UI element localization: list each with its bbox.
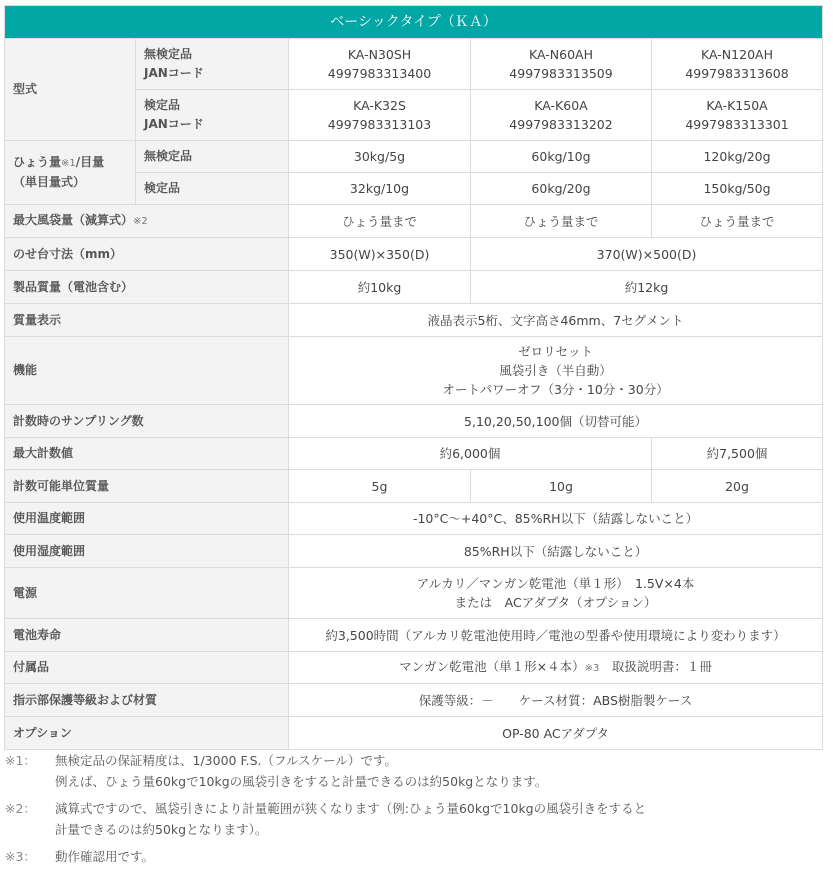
spec-table: ベーシックタイプ（ＫＡ） 型式 無検定品 JANコード KA-N30SH 499… bbox=[4, 5, 823, 750]
model-number: KA-K150A bbox=[652, 96, 822, 115]
max-tare-value: ひょう量まで bbox=[471, 205, 652, 238]
model-cell: KA-N30SH 4997983313400 bbox=[289, 39, 471, 90]
max-tare-value: ひょう量まで bbox=[652, 205, 823, 238]
power-line: または ACアダプタ（オプション） bbox=[289, 593, 822, 612]
row-label-power: 電源 bbox=[5, 568, 289, 619]
footnote-ref: ※2 bbox=[133, 216, 148, 227]
row-label-weight: 製品質量（電池含む） bbox=[5, 271, 289, 304]
max-tare-value: ひょう量まで bbox=[289, 205, 471, 238]
row-label-battery-life: 電池寿命 bbox=[5, 619, 289, 652]
row-label-option: オプション bbox=[5, 717, 289, 750]
table-row: 製品質量（電池含む） 約10kg 約12kg bbox=[5, 271, 823, 304]
capacity-value: 30kg/5g bbox=[289, 141, 471, 173]
function-line: 風袋引き（半自動） bbox=[289, 361, 822, 380]
row-label-sampling: 計数時のサンプリング数 bbox=[5, 405, 289, 438]
model-number: KA-K60A bbox=[471, 96, 651, 115]
table-row: 最大風袋量（減算式）※2 ひょう量まで ひょう量まで ひょう量まで bbox=[5, 205, 823, 238]
model-number: KA-K32S bbox=[289, 96, 470, 115]
footnote-text: 動作確認用です。 bbox=[55, 846, 154, 867]
row-label-temp-range: 使用温度範囲 bbox=[5, 503, 289, 535]
sub-label-certified-jan: 検定品 JANコード bbox=[136, 90, 289, 141]
footnote-text: 減算式ですので、風袋引きにより計量範囲が狭くなります（例:ひょう量60kgで10… bbox=[55, 798, 646, 840]
max-count-value: 約7,500個 bbox=[652, 438, 823, 470]
model-cell: KA-K60A 4997983313202 bbox=[471, 90, 652, 141]
sub-label-line: 無検定品 bbox=[144, 45, 288, 64]
model-number: KA-N120AH bbox=[652, 45, 822, 64]
weight-value: 約10kg bbox=[289, 271, 471, 304]
table-row: のせ台寸法（mm） 350(W)×350(D) 370(W)×500(D) bbox=[5, 238, 823, 271]
footnote-ref: ※3 bbox=[585, 663, 600, 674]
temp-range-value: -10°C～+40°C、85%RH以下（結露しないこと） bbox=[289, 503, 823, 535]
table-row: 電源 アルカリ／マンガン乾電池（単１形） 1.5V×4本 または ACアダプタ（… bbox=[5, 568, 823, 619]
max-count-value: 約6,000個 bbox=[289, 438, 652, 470]
table-row: 最大計数値 約6,000個 約7,500個 bbox=[5, 438, 823, 470]
footnote-ref: ※1 bbox=[61, 158, 76, 169]
model-cell: KA-K150A 4997983313301 bbox=[652, 90, 823, 141]
capacity-value: 150kg/50g bbox=[652, 173, 823, 205]
label-text: 最大風袋量（減算式） bbox=[13, 213, 133, 227]
footnote-line: 動作確認用です。 bbox=[55, 846, 154, 867]
power-value: アルカリ／マンガン乾電池（単１形） 1.5V×4本 または ACアダプタ（オプシ… bbox=[289, 568, 823, 619]
sub-label-uncertified-jan: 無検定品 JANコード bbox=[136, 39, 289, 90]
table-row: 機能 ゼロリセット 風袋引き（半自動） オートパワーオフ（3分・10分・30分） bbox=[5, 337, 823, 405]
function-line: オートパワーオフ（3分・10分・30分） bbox=[289, 380, 822, 399]
row-label-humidity-range: 使用湿度範囲 bbox=[5, 535, 289, 568]
label-text: （単目量式） bbox=[13, 173, 135, 192]
unit-weight-value: 20g bbox=[652, 470, 823, 503]
label-text: ひょう量 bbox=[13, 155, 61, 169]
sub-label-line: JANコード bbox=[144, 115, 288, 134]
model-cell: KA-N60AH 4997983313509 bbox=[471, 39, 652, 90]
table-row: 付属品 マンガン乾電池（単１形×４本）※3 取扱説明書：１冊 bbox=[5, 652, 823, 684]
platform-value: 370(W)×500(D) bbox=[471, 238, 823, 271]
table-row: 型式 無検定品 JANコード KA-N30SH 4997983313400 KA… bbox=[5, 39, 823, 90]
label-text: /目量 bbox=[76, 155, 104, 169]
capacity-value: 120kg/20g bbox=[652, 141, 823, 173]
sub-label-uncertified: 無検定品 bbox=[136, 141, 289, 173]
capacity-value: 60kg/20g bbox=[471, 173, 652, 205]
functions-value: ゼロリセット 風袋引き（半自動） オートパワーオフ（3分・10分・30分） bbox=[289, 337, 823, 405]
table-row: 計数可能単位質量 5g 10g 20g bbox=[5, 470, 823, 503]
table-row: 使用湿度範囲 85%RH以下（結露しないこと） bbox=[5, 535, 823, 568]
table-row: 計数時のサンプリング数 5,10,20,50,100個（切替可能） bbox=[5, 405, 823, 438]
table-title: ベーシックタイプ（ＫＡ） bbox=[5, 6, 823, 39]
table-row: オプション OP-80 ACアダプタ bbox=[5, 717, 823, 750]
row-label-max-tare: 最大風袋量（減算式）※2 bbox=[5, 205, 289, 238]
footnote: ※3： 動作確認用です。 bbox=[5, 846, 825, 867]
footnote-text: 無検定品の保証精度は、1/3000 F.S.（フルスケール）です。 例えば、ひょ… bbox=[55, 750, 547, 792]
footnote: ※2： 減算式ですので、風袋引きにより計量範囲が狭くなります（例:ひょう量60k… bbox=[5, 798, 825, 840]
display-value: 液晶表示5桁、文字高さ46mm、7セグメント bbox=[289, 304, 823, 337]
table-row: 電池寿命 約3,500時間（アルカリ乾電池使用時／電池の型番や使用環境により変わ… bbox=[5, 619, 823, 652]
sub-label-line: JANコード bbox=[144, 64, 288, 83]
table-row: 使用温度範囲 -10°C～+40°C、85%RH以下（結露しないこと） bbox=[5, 503, 823, 535]
power-line: アルカリ／マンガン乾電池（単１形） 1.5V×4本 bbox=[289, 574, 822, 593]
accessory-text: 取扱説明書：１冊 bbox=[599, 659, 712, 674]
capacity-value: 60kg/10g bbox=[471, 141, 652, 173]
model-number: KA-N30SH bbox=[289, 45, 470, 64]
footnote-line: 計量できるのは約50kgとなります）。 bbox=[55, 819, 646, 840]
humidity-range-value: 85%RH以下（結露しないこと） bbox=[289, 535, 823, 568]
row-label-max-count: 最大計数値 bbox=[5, 438, 289, 470]
table-row: 質量表示 液晶表示5桁、文字高さ46mm、7セグメント bbox=[5, 304, 823, 337]
table-row: ひょう量※1/目量 （単目量式） 無検定品 30kg/5g 60kg/10g 1… bbox=[5, 141, 823, 173]
protection-value: 保護等級：－ ケース材質：ABS樹脂製ケース bbox=[289, 684, 823, 717]
row-label-protection: 指示部保護等級および材質 bbox=[5, 684, 289, 717]
footnote: ※1： 無検定品の保証精度は、1/3000 F.S.（フルスケール）です。 例え… bbox=[5, 750, 825, 792]
row-label-capacity: ひょう量※1/目量 （単目量式） bbox=[5, 141, 136, 205]
row-label-unit-weight: 計数可能単位質量 bbox=[5, 470, 289, 503]
row-label-display: 質量表示 bbox=[5, 304, 289, 337]
row-label-functions: 機能 bbox=[5, 337, 289, 405]
jan-code: 4997983313509 bbox=[471, 64, 651, 83]
sub-label-line: 検定品 bbox=[144, 96, 288, 115]
footnotes: ※1： 無検定品の保証精度は、1/3000 F.S.（フルスケール）です。 例え… bbox=[5, 750, 825, 871]
footnote-marker: ※1： bbox=[5, 750, 55, 792]
unit-weight-value: 5g bbox=[289, 470, 471, 503]
model-cell: KA-N120AH 4997983313608 bbox=[652, 39, 823, 90]
accessory-text: マンガン乾電池（単１形×４本） bbox=[399, 659, 584, 674]
platform-value: 350(W)×350(D) bbox=[289, 238, 471, 271]
table-row: 指示部保護等級および材質 保護等級：－ ケース材質：ABS樹脂製ケース bbox=[5, 684, 823, 717]
accessories-value: マンガン乾電池（単１形×４本）※3 取扱説明書：１冊 bbox=[289, 652, 823, 684]
sampling-value: 5,10,20,50,100個（切替可能） bbox=[289, 405, 823, 438]
capacity-value: 32kg/10g bbox=[289, 173, 471, 205]
row-label-accessories: 付属品 bbox=[5, 652, 289, 684]
sub-label-certified: 検定品 bbox=[136, 173, 289, 205]
unit-weight-value: 10g bbox=[471, 470, 652, 503]
function-line: ゼロリセット bbox=[289, 342, 822, 361]
weight-value: 約12kg bbox=[471, 271, 823, 304]
footnote-line: 例えば、ひょう量60kgで10kgの風袋引きをすると計量できるのは約50kgとな… bbox=[55, 771, 547, 792]
row-label-model: 型式 bbox=[5, 39, 136, 141]
jan-code: 4997983313400 bbox=[289, 64, 470, 83]
jan-code: 4997983313301 bbox=[652, 115, 822, 134]
jan-code: 4997983313608 bbox=[652, 64, 822, 83]
footnote-line: 無検定品の保証精度は、1/3000 F.S.（フルスケール）です。 bbox=[55, 750, 547, 771]
jan-code: 4997983313202 bbox=[471, 115, 651, 134]
footnote-line: 減算式ですので、風袋引きにより計量範囲が狭くなります（例:ひょう量60kgで10… bbox=[55, 798, 646, 819]
model-number: KA-N60AH bbox=[471, 45, 651, 64]
model-cell: KA-K32S 4997983313103 bbox=[289, 90, 471, 141]
option-value: OP-80 ACアダプタ bbox=[289, 717, 823, 750]
battery-life-value: 約3,500時間（アルカリ乾電池使用時／電池の型番や使用環境により変わります） bbox=[289, 619, 823, 652]
footnote-marker: ※2： bbox=[5, 798, 55, 840]
jan-code: 4997983313103 bbox=[289, 115, 470, 134]
row-label-platform: のせ台寸法（mm） bbox=[5, 238, 289, 271]
footnote-marker: ※3： bbox=[5, 846, 55, 867]
